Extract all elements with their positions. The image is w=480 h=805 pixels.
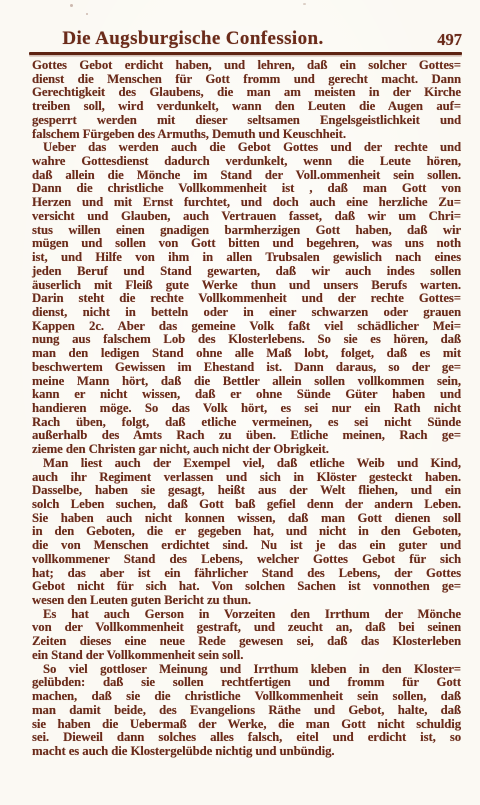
text-line: meine Mann hört, daß die Bettler allein …	[32, 375, 461, 389]
book-page: Die Augsburgische Confession. 497 Gottes…	[0, 0, 480, 805]
text-line: ist, und Hilfe von ihm in allen Trubsale…	[32, 251, 461, 265]
text-line: stus willen einen gnadigen barmherzigen …	[32, 224, 461, 238]
text-line: außerhalb des Amts Rach zu üben. Etliche…	[32, 429, 461, 443]
text-line: hat; das aber ist ein fährlicher Stand d…	[32, 567, 461, 581]
text-line: gesperrt werden mit dieser seltsamen Eng…	[32, 114, 461, 128]
text-line: von der Vollkommenheit gestraft, und zeu…	[32, 621, 461, 635]
text-line: Herzen und mit Ernst furchtet, und doch …	[32, 196, 461, 210]
text-line: Gebot nicht für sich hat. Von solchen Sa…	[32, 580, 461, 594]
text-line: wahre Gottesdienst dadurch verdunkelt, w…	[32, 155, 461, 169]
text-line: Darin steht die rechte Vollkommenheit un…	[32, 292, 461, 306]
text-line: beschwertem Gewissen im Ehestand ist. Da…	[32, 361, 461, 375]
text-line: So viel gottloser Meinung und Irrthum kl…	[32, 663, 461, 677]
text-line: Rach üben, folgt, daß etliche vermeinen,…	[32, 416, 461, 430]
text-line: falschem Fürgeben des Armuths, Demuth un…	[32, 128, 461, 142]
text-line: Dasselbe, haben sie gesagt, heißt aus de…	[32, 484, 461, 498]
text-line: kann er nicht wissen, daß er ohne Sünde …	[32, 388, 461, 402]
text-line: vollkommener Stand des Lebens, welcher G…	[32, 553, 461, 567]
text-line: Gottes Gebot erdicht haben, und lehren, …	[32, 59, 461, 73]
text-line: dienst, nicht in betteln oder in einer s…	[32, 306, 461, 320]
text-line: auch ihr Regiment verlassen und sich in …	[32, 471, 461, 485]
text-line: zieme den Christen gar nicht, auch nicht…	[32, 443, 461, 457]
paper-speck	[86, 13, 88, 15]
text-line: äuserlich mit Fleiß gute Werke thun und …	[32, 279, 461, 293]
text-line: in den Geboten, die er gegeben hat, und …	[32, 525, 461, 539]
running-title-box: Die Augsburgische Confession.	[30, 28, 414, 50]
text-line: Man liest auch der Exempel viel, daß etl…	[32, 457, 461, 471]
running-title: Die Augsburgische Confession.	[62, 28, 323, 50]
text-line: machen, daß sie die christliche Vollkomm…	[32, 690, 461, 704]
text-line: jeden Beruf und Stand gewarten, daß wir …	[32, 265, 461, 279]
text-line: man damit beide, des Evangelions Räthe u…	[32, 704, 461, 718]
text-line: handieren möge. So das Volk hört, es sei…	[32, 402, 461, 416]
text-line: daß allein die Mönche im Stand der Voll.…	[32, 169, 461, 183]
text-line: versicht und Glauben, auch Vertrauen fas…	[32, 210, 461, 224]
text-line: Gerechtigkeit des Glaubens, die man am m…	[32, 86, 461, 100]
text-line: treiben soll, wird verdunkelt, wann den …	[32, 100, 461, 114]
paper-speck	[303, 3, 306, 5]
text-line: macht es auch die Klostergelübde nichtig…	[32, 745, 461, 759]
text-line: sie haben die Uebermaß der Werke, die ma…	[32, 718, 461, 732]
text-line: mügen und sollen von Gott bitten und beg…	[32, 237, 461, 251]
text-line: Zeiten dieses eine neue Rede gewesen sei…	[32, 635, 461, 649]
text-line: Es hat auch Gerson in Vorzeiten den Irrt…	[32, 608, 461, 622]
text-line: Ueber das werden auch die Gebot Gottes u…	[32, 141, 461, 155]
text-line: man den ledigen Stand ohne alle Maß lobt…	[32, 347, 461, 361]
header-rule	[29, 52, 462, 55]
text-line: sei. Dieweil dann solches alles falsch, …	[32, 731, 461, 745]
paper-speck	[70, 4, 73, 7]
text-line: solch Leben suchen, daß Gott baß gefiel …	[32, 498, 461, 512]
text-line: Kappen 2c. Aber das gemeine Volk faßt vi…	[32, 320, 461, 334]
text-line: nung aus falschem Lob des Klosterlebens.…	[32, 333, 461, 347]
text-line: wesen den Leuten guten Bericht zu thun.	[32, 594, 461, 608]
body-text: Gottes Gebot erdicht haben, und lehren, …	[32, 59, 461, 759]
text-line: Sie haben auch nicht konnen wissen, daß …	[32, 512, 461, 526]
text-line: die von Menschen erdichtet sind. Nu ist …	[32, 539, 461, 553]
text-line: Dann die christliche Vollkommenheit ist …	[32, 182, 461, 196]
text-line: dienst die Menschen für Gott fromm und g…	[32, 73, 461, 87]
running-head: Die Augsburgische Confession. 497	[30, 26, 462, 50]
text-line: gelübden: daß sie sollen rechtfertigen u…	[32, 676, 461, 690]
page-number: 497	[414, 30, 462, 50]
text-line: ein Stand der Vollkommenheit sein soll.	[32, 649, 461, 663]
